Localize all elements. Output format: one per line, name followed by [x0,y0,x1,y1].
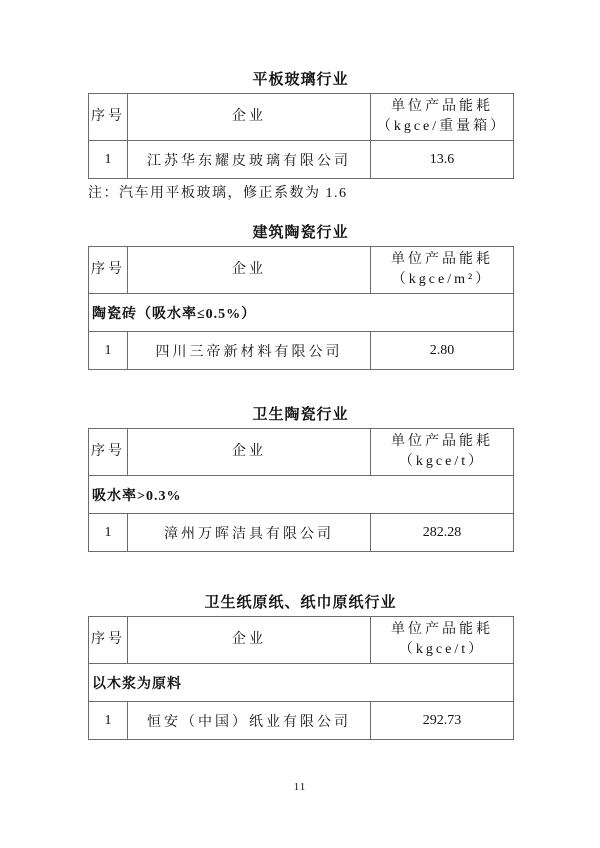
cell-index: 1 [89,702,128,740]
header-energy: 单位产品能耗 （kgce/t） [371,617,514,664]
cell-index: 1 [89,141,128,179]
table-note: 注：汽车用平板玻璃，修正系数为 1.6 [88,185,513,203]
table-row: 1 江苏华东耀皮玻璃有限公司 13.6 [89,141,514,179]
cell-company: 恒安（中国）纸业有限公司 [128,702,371,740]
header-energy-line1: 单位产品能耗 [373,432,511,452]
section-sanitary-ceramics: 卫生陶瓷行业 序号 企业 单位产品能耗 （kgce/t） 吸水率>0.3% [88,406,513,552]
table-subheader-row: 陶瓷砖（吸水率≤0.5%） [89,294,514,332]
header-energy-line1: 单位产品能耗 [373,250,511,270]
table-row: 1 四川三帝新材料有限公司 2.80 [89,332,514,370]
header-energy-line2: （kgce/m²） [373,270,511,290]
cell-index: 1 [89,514,128,552]
cell-value: 13.6 [371,141,514,179]
header-energy: 单位产品能耗 （kgce/重量箱） [371,94,514,141]
header-energy-line2: （kgce/t） [373,452,511,472]
header-energy: 单位产品能耗 （kgce/m²） [371,247,514,294]
cell-value: 282.28 [371,514,514,552]
section-tissue-paper: 卫生纸原纸、纸巾原纸行业 序号 企业 单位产品能耗 （kgce/t） 以木浆为原… [88,594,513,740]
subheader-category: 吸水率>0.3% [89,476,514,514]
section-title-flat-glass: 平板玻璃行业 [88,71,513,89]
cell-index: 1 [89,332,128,370]
header-index: 序号 [89,247,128,294]
header-energy-line2: （kgce/t） [373,640,511,660]
header-company: 企业 [128,94,371,141]
building-ceramics-table: 序号 企业 单位产品能耗 （kgce/m²） 陶瓷砖（吸水率≤0.5%） 1 四… [88,246,514,370]
section-flat-glass: 平板玻璃行业 序号 企业 单位产品能耗 （kgce/重量箱） 1 江苏华东耀皮玻 [88,71,513,203]
table-subheader-row: 以木浆为原料 [89,664,514,702]
header-energy-line1: 单位产品能耗 [373,620,511,640]
table-row: 1 恒安（中国）纸业有限公司 292.73 [89,702,514,740]
header-index: 序号 [89,617,128,664]
cell-value: 2.80 [371,332,514,370]
header-index: 序号 [89,94,128,141]
section-title-sanitary-ceramics: 卫生陶瓷行业 [88,406,513,424]
cell-company: 漳州万晖洁具有限公司 [128,514,371,552]
cell-company: 四川三帝新材料有限公司 [128,332,371,370]
subheader-category: 陶瓷砖（吸水率≤0.5%） [89,294,514,332]
section-title-building-ceramics: 建筑陶瓷行业 [88,224,513,242]
table-header-row: 序号 企业 单位产品能耗 （kgce/m²） [89,247,514,294]
header-energy-line2: （kgce/重量箱） [373,117,511,137]
table-subheader-row: 吸水率>0.3% [89,476,514,514]
document-page: 平板玻璃行业 序号 企业 单位产品能耗 （kgce/重量箱） 1 江苏华东耀皮玻 [0,0,600,848]
section-building-ceramics: 建筑陶瓷行业 序号 企业 单位产品能耗 （kgce/m²） 陶瓷砖（吸水率≤0.… [88,224,513,370]
header-energy-line1: 单位产品能耗 [373,97,511,117]
table-row: 1 漳州万晖洁具有限公司 282.28 [89,514,514,552]
table-header-row: 序号 企业 单位产品能耗 （kgce/t） [89,429,514,476]
tissue-paper-table: 序号 企业 单位产品能耗 （kgce/t） 以木浆为原料 1 恒安（中国）纸业有… [88,616,514,740]
section-title-tissue-paper: 卫生纸原纸、纸巾原纸行业 [88,594,513,612]
table-header-row: 序号 企业 单位产品能耗 （kgce/t） [89,617,514,664]
cell-company: 江苏华东耀皮玻璃有限公司 [128,141,371,179]
header-company: 企业 [128,247,371,294]
subheader-category: 以木浆为原料 [89,664,514,702]
table-header-row: 序号 企业 单位产品能耗 （kgce/重量箱） [89,94,514,141]
flat-glass-table: 序号 企业 单位产品能耗 （kgce/重量箱） 1 江苏华东耀皮玻璃有限公司 1… [88,93,514,179]
header-index: 序号 [89,429,128,476]
header-energy: 单位产品能耗 （kgce/t） [371,429,514,476]
page-number: 11 [0,781,600,793]
header-company: 企业 [128,429,371,476]
document-content: 平板玻璃行业 序号 企业 单位产品能耗 （kgce/重量箱） 1 江苏华东耀皮玻 [0,0,600,740]
header-company: 企业 [128,617,371,664]
cell-value: 292.73 [371,702,514,740]
sanitary-ceramics-table: 序号 企业 单位产品能耗 （kgce/t） 吸水率>0.3% 1 漳州万晖洁具有… [88,428,514,552]
